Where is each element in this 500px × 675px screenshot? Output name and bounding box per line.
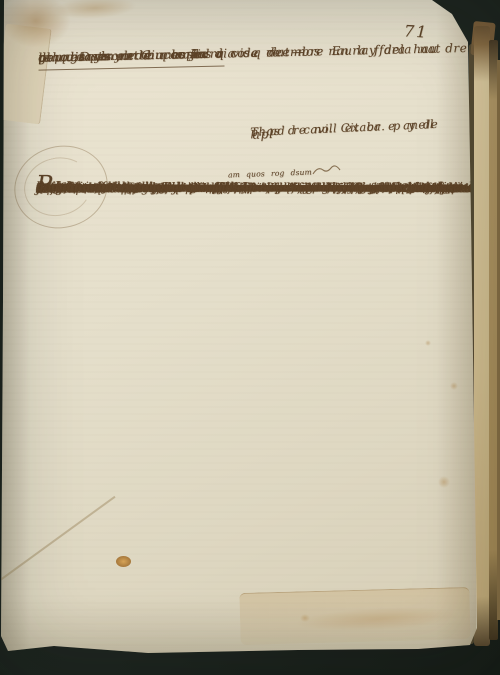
- manuscript-line: p. ad re no. Citabr e anell: [250, 116, 434, 141]
- manuscript-line: apl: [252, 125, 274, 143]
- interlinear-insertion: am quos rog dsum: [228, 168, 312, 180]
- manuscript-line: q de fiaebat lembo illud qd reperias eun…: [36, 178, 461, 197]
- foxing-spot: [438, 476, 450, 488]
- foxing-spot: [425, 340, 431, 346]
- flourish-mark-icon: [312, 164, 342, 178]
- manuscript-photo: 71 gla dita moneda q aqlla o co q dat no…: [0, 0, 500, 675]
- wax-stain-dot: [116, 556, 131, 567]
- paper-texture: [0, 0, 500, 675]
- fore-edge-pages: [474, 26, 490, 646]
- manuscript-page: 71 gla dita moneda q aqlla o co q dat no…: [0, 0, 500, 675]
- manuscript-line: de nre senyor m ccc lix q visa ro. —: [38, 43, 304, 69]
- foxing-spot: [450, 382, 458, 390]
- folio-number: 71: [404, 21, 429, 41]
- fold-crease: [0, 496, 116, 587]
- header-paragraph: gla dita moneda q aqlla o co q dat nos n…: [38, 39, 450, 48]
